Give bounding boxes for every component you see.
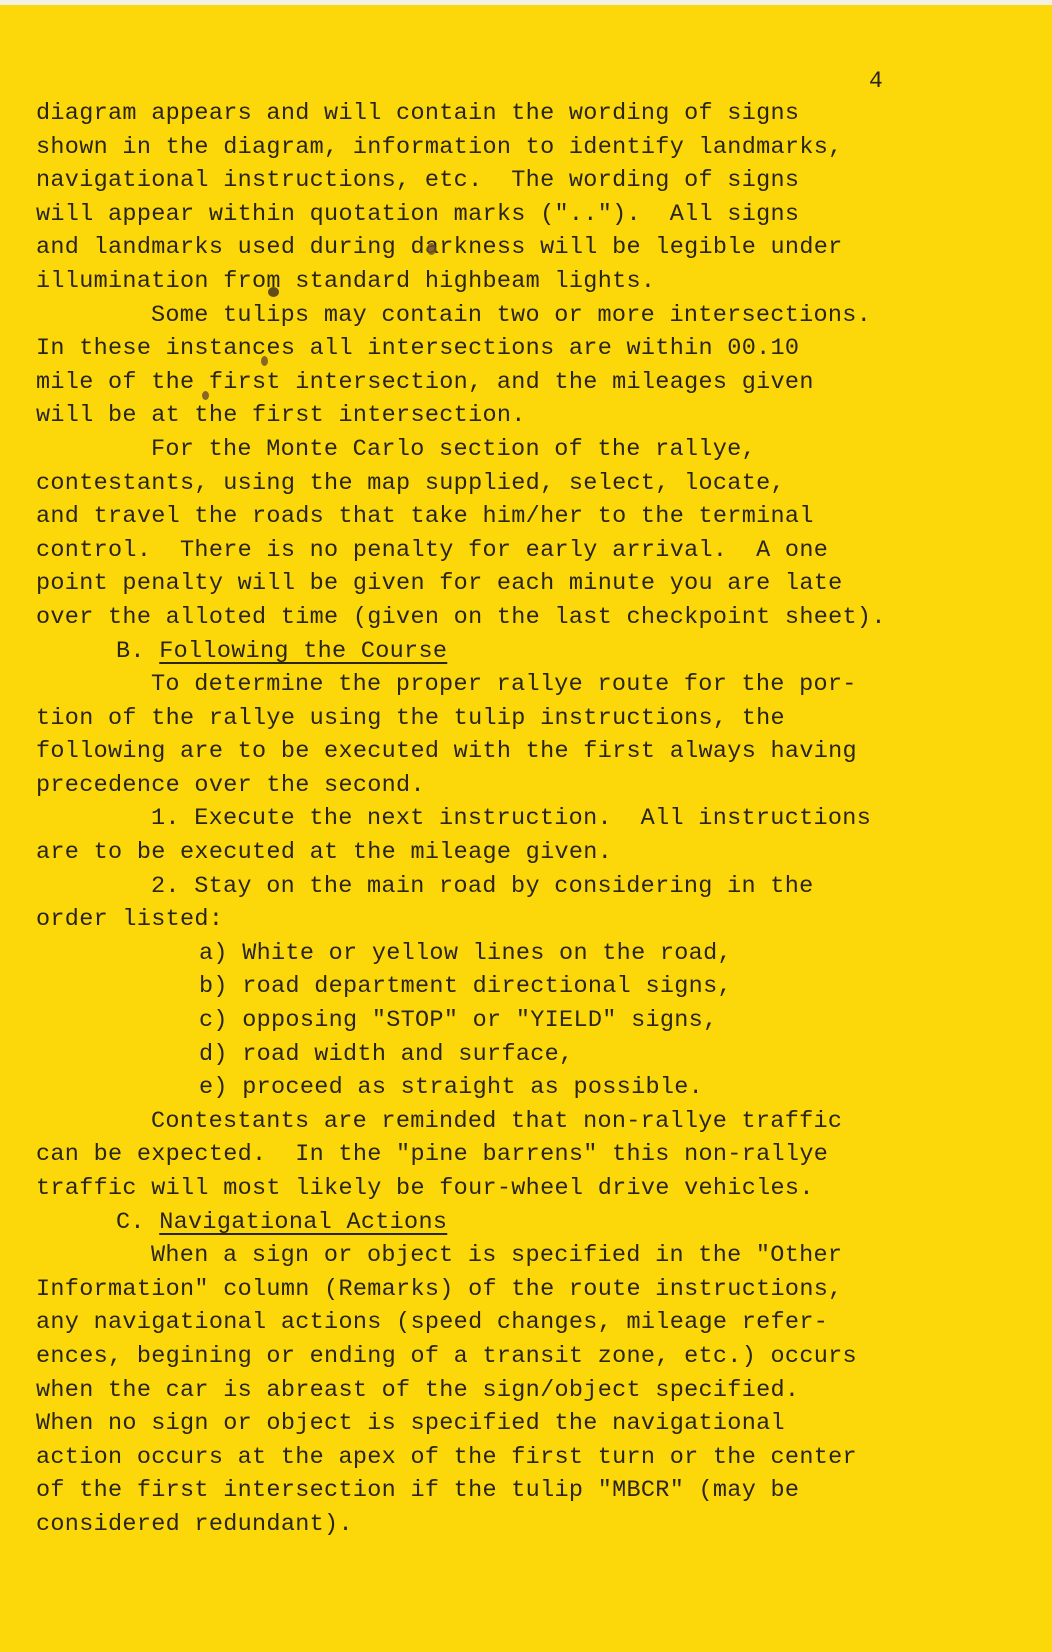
text-line: shown in the diagram, information to ide… (36, 131, 886, 165)
text-line: Contestants are reminded that non-rallye… (36, 1105, 886, 1139)
text-line: order listed: (36, 903, 886, 937)
text-line: navigational instructions, etc. The word… (36, 164, 886, 198)
text-line: will appear within quotation marks (".."… (36, 198, 886, 232)
text-line: when the car is abreast of the sign/obje… (36, 1374, 886, 1408)
text-line: illumination from standard highbeam ligh… (36, 265, 886, 299)
text-line: contestants, using the map supplied, sel… (36, 467, 886, 501)
ink-smudge (268, 287, 279, 297)
text-line: diagram appears and will contain the wor… (36, 97, 886, 131)
text-line: and travel the roads that take him/her t… (36, 500, 886, 534)
text-line: In these instances all intersections are… (36, 332, 886, 366)
text-line: a) White or yellow lines on the road, (36, 937, 886, 971)
section-label: C. (116, 1209, 159, 1236)
ink-smudge (427, 243, 436, 255)
text-line: precedence over the second. (36, 769, 886, 803)
text-line: When a sign or object is specified in th… (36, 1239, 886, 1273)
text-line: can be expected. In the "pine barrens" t… (36, 1138, 886, 1172)
text-line: point penalty will be given for each min… (36, 567, 886, 601)
section-title: Following the Course (159, 638, 447, 665)
text-line: of the first intersection if the tulip "… (36, 1474, 886, 1508)
section-title: Navigational Actions (159, 1209, 447, 1236)
text-line: When no sign or object is specified the … (36, 1407, 886, 1441)
text-line: To determine the proper rallye route for… (36, 668, 886, 702)
text-line: 2. Stay on the main road by considering … (36, 870, 886, 904)
text-line: c) opposing "STOP" or "YIELD" signs, (36, 1004, 886, 1038)
text-line: following are to be executed with the fi… (36, 735, 886, 769)
text-line: tion of the rallye using the tulip instr… (36, 702, 886, 736)
text-line: any navigational actions (speed changes,… (36, 1306, 886, 1340)
page-number: 4 (869, 68, 883, 94)
text-line: will be at the first intersection. (36, 399, 886, 433)
text-line: control. There is no penalty for early a… (36, 534, 886, 568)
text-line: action occurs at the apex of the first t… (36, 1441, 886, 1475)
text-line: are to be executed at the mileage given. (36, 836, 886, 870)
text-line: and landmarks used during darkness will … (36, 231, 886, 265)
text-line: e) proceed as straight as possible. (36, 1071, 886, 1105)
section-heading: C. Navigational Actions (36, 1206, 886, 1240)
text-line: mile of the first intersection, and the … (36, 366, 886, 400)
text-line: d) road width and surface, (36, 1038, 886, 1072)
section-heading: B. Following the Course (36, 635, 886, 669)
text-line: For the Monte Carlo section of the rally… (36, 433, 886, 467)
document-page: 4 diagram appears and will contain the w… (0, 5, 1052, 1652)
text-line: ences, begining or ending of a transit z… (36, 1340, 886, 1374)
section-label: B. (116, 638, 159, 665)
text-line: considered redundant). (36, 1508, 886, 1542)
text-line: b) road department directional signs, (36, 970, 886, 1004)
text-line: traffic will most likely be four-wheel d… (36, 1172, 886, 1206)
text-line: Some tulips may contain two or more inte… (36, 299, 886, 333)
document-body: diagram appears and will contain the wor… (36, 97, 886, 1542)
text-line: 1. Execute the next instruction. All ins… (36, 802, 886, 836)
ink-smudge (261, 356, 268, 366)
text-line: Information" column (Remarks) of the rou… (36, 1273, 886, 1307)
ink-smudge (202, 391, 209, 400)
text-line: over the alloted time (given on the last… (36, 601, 886, 635)
